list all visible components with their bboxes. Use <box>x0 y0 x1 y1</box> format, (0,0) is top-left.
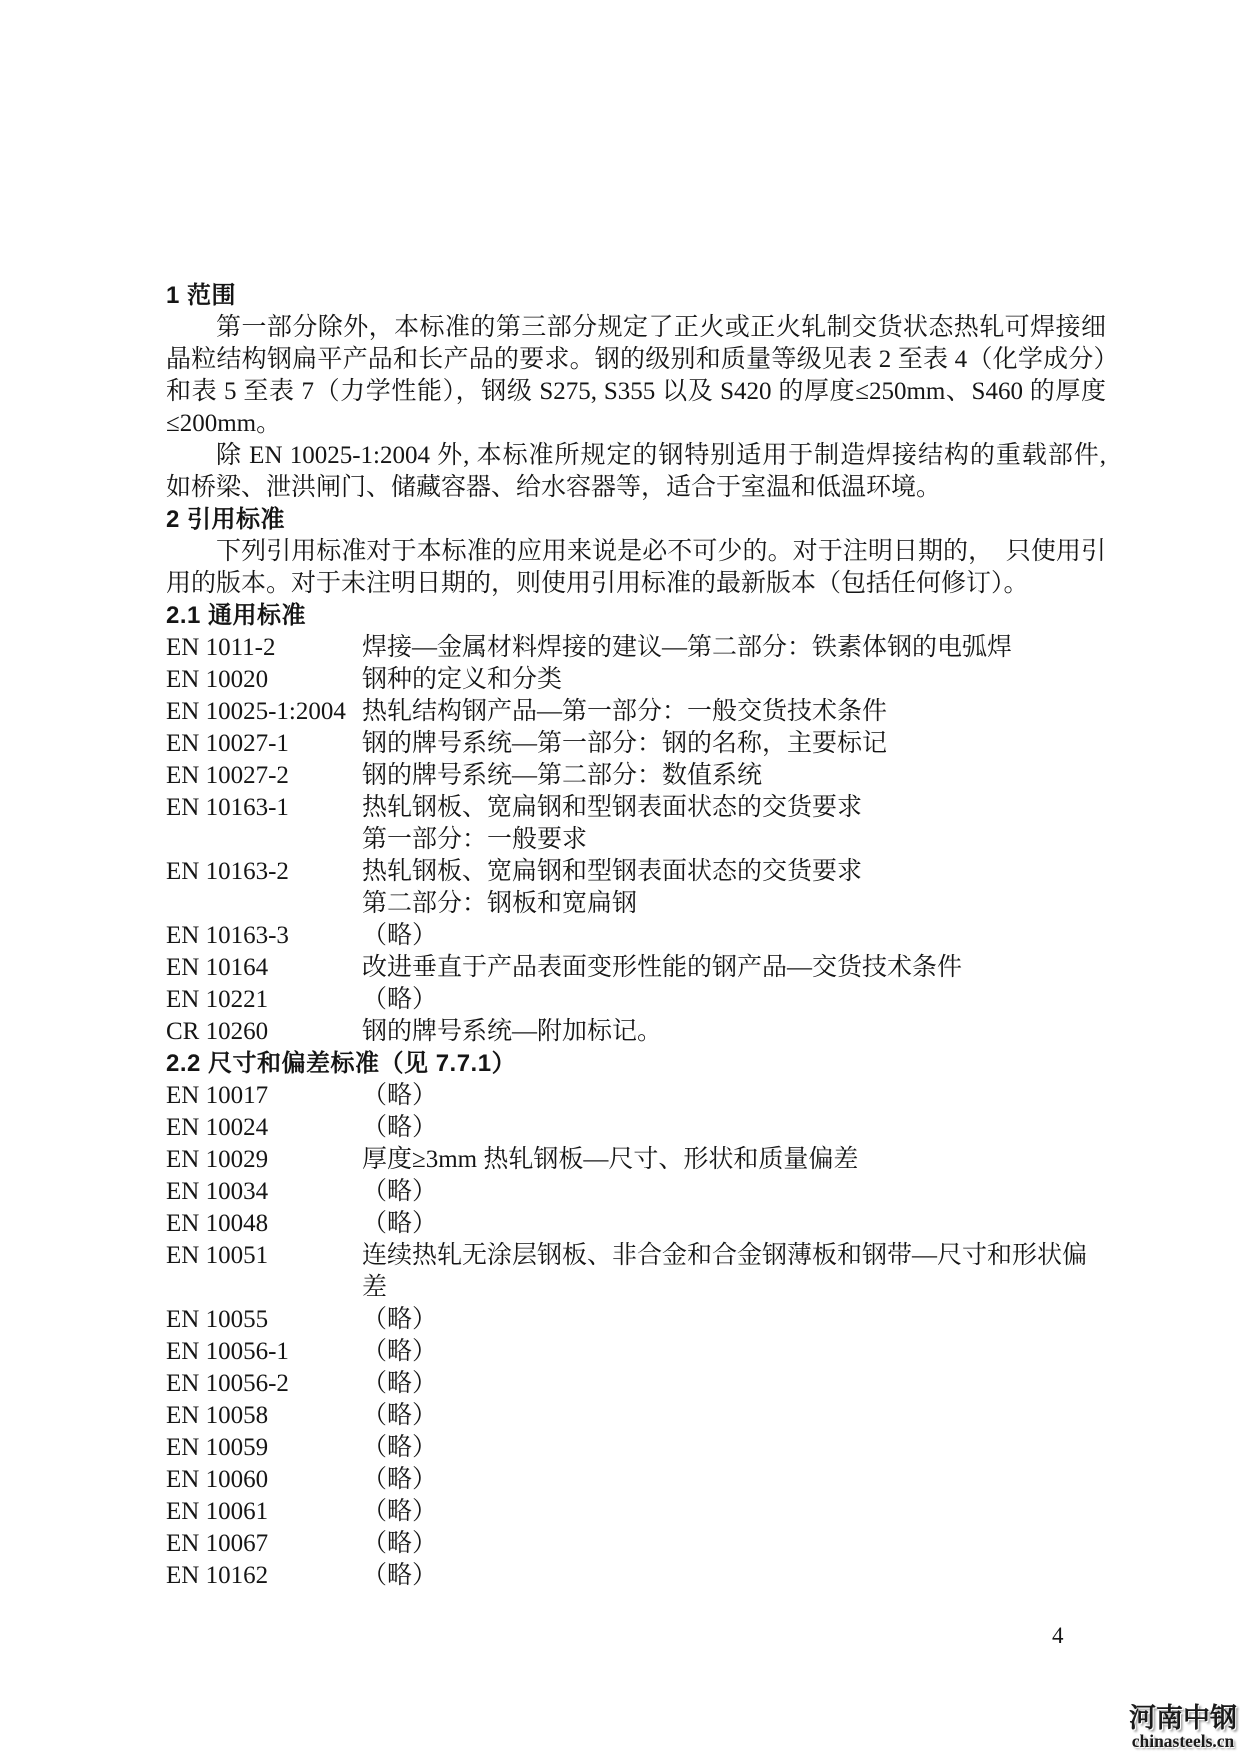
standard-description: 焊接—金属材料焊接的建议—第二部分：铁素体钢的电弧焊 <box>362 632 1106 664</box>
standard-description: 第一部分：一般要求 <box>362 824 1106 856</box>
standard-description: （略） <box>362 1080 1106 1112</box>
section-1-heading: 1 范围 <box>166 280 1106 312</box>
standard-description: （略） <box>362 1496 1106 1528</box>
standard-description: 厚度≥3mm 热轧钢板—尺寸、形状和质量偏差 <box>362 1144 1106 1176</box>
standard-code: EN 10024 <box>166 1112 362 1144</box>
standard-row: EN 10051 连续热轧无涂层钢板、非合金和合金钢薄板和钢带—尺寸和形状偏差 <box>166 1240 1106 1304</box>
scope-paragraph-1: 第一部分除外，本标准的第三部分规定了正火或正火轧制交货状态热轧可焊接细晶粒结构钢… <box>166 312 1106 440</box>
standard-description: （略） <box>362 1464 1106 1496</box>
standard-description: （略） <box>362 1112 1106 1144</box>
standard-description: （略） <box>362 1432 1106 1464</box>
standard-row: EN 10163-1 热轧钢板、宽扁钢和型钢表面状态的交货要求 <box>166 792 1106 824</box>
standard-code: EN 10056-2 <box>166 1368 362 1400</box>
standard-row: EN 1011-2 焊接—金属材料焊接的建议—第二部分：铁素体钢的电弧焊 <box>166 632 1106 664</box>
standard-row: EN 10034 （略） <box>166 1176 1106 1208</box>
standard-code: EN 10055 <box>166 1304 362 1336</box>
section-2-2-heading: 2.2 尺寸和偏差标准（见 7.7.1） <box>166 1048 1106 1080</box>
standard-row: EN 10058 （略） <box>166 1400 1106 1432</box>
standard-code: EN 10058 <box>166 1400 362 1432</box>
section-2-heading: 2 引用标准 <box>166 504 1106 536</box>
standard-row: EN 10017 （略） <box>166 1080 1106 1112</box>
standard-code <box>166 888 362 920</box>
references-paragraph: 下列引用标准对于本标准的应用来说是必不可少的。对于注明日期的， 只使用引用的版本… <box>166 536 1106 600</box>
standard-code: EN 10221 <box>166 984 362 1016</box>
standard-code: EN 10164 <box>166 952 362 984</box>
standard-description: （略） <box>362 1208 1106 1240</box>
standard-row: EN 10027-2 钢的牌号系统—第二部分：数值系统 <box>166 760 1106 792</box>
standard-code: EN 10163-2 <box>166 856 362 888</box>
standard-code: EN 10027-2 <box>166 760 362 792</box>
standard-row: EN 10027-1 钢的牌号系统—第一部分：钢的名称，主要标记 <box>166 728 1106 760</box>
section-2-1-heading: 2.1 通用标准 <box>166 600 1106 632</box>
standard-description: 钢的牌号系统—第一部分：钢的名称，主要标记 <box>362 728 1106 760</box>
standard-row: 第一部分：一般要求 <box>166 824 1106 856</box>
standard-code: EN 10027-1 <box>166 728 362 760</box>
general-standards-list: EN 1011-2 焊接—金属材料焊接的建议—第二部分：铁素体钢的电弧焊 EN … <box>166 632 1106 1048</box>
standard-row: EN 10029 厚度≥3mm 热轧钢板—尺寸、形状和质量偏差 <box>166 1144 1106 1176</box>
standard-code: EN 10034 <box>166 1176 362 1208</box>
standard-description: （略） <box>362 920 1106 952</box>
standard-row: EN 10056-1 （略） <box>166 1336 1106 1368</box>
standard-description: 钢的牌号系统—附加标记。 <box>362 1016 1106 1048</box>
standard-code: EN 10163-1 <box>166 792 362 824</box>
standard-row: EN 10056-2 （略） <box>166 1368 1106 1400</box>
document-page: 1 范围 第一部分除外，本标准的第三部分规定了正火或正火轧制交货状态热轧可焊接细… <box>0 0 1240 1754</box>
standard-description: （略） <box>362 1400 1106 1432</box>
watermark: 河南中钢 chinasteels.cn <box>1129 1705 1237 1751</box>
standard-row: EN 10020 钢种的定义和分类 <box>166 664 1106 696</box>
standard-row: 第二部分：钢板和宽扁钢 <box>166 888 1106 920</box>
standard-row: EN 10162 （略） <box>166 1560 1106 1592</box>
standard-code: EN 10056-1 <box>166 1336 362 1368</box>
standard-description: 第二部分：钢板和宽扁钢 <box>362 888 1106 920</box>
standard-row: EN 10059 （略） <box>166 1432 1106 1464</box>
standard-description: （略） <box>362 1176 1106 1208</box>
watermark-site-text: chinasteels.cn <box>1129 1733 1237 1751</box>
standard-row: EN 10164 改进垂直于产品表面变形性能的钢产品—交货技术条件 <box>166 952 1106 984</box>
standard-code: EN 10067 <box>166 1528 362 1560</box>
dimensional-standards-list: EN 10017 （略） EN 10024 （略） EN 10029 厚度≥3m… <box>166 1080 1106 1592</box>
standard-code: EN 10025-1:2004 <box>166 696 362 728</box>
standard-code: EN 10061 <box>166 1496 362 1528</box>
standard-code: EN 10029 <box>166 1144 362 1176</box>
standard-description: 热轧钢板、宽扁钢和型钢表面状态的交货要求 <box>362 792 1106 824</box>
standard-row: EN 10163-2 热轧钢板、宽扁钢和型钢表面状态的交货要求 <box>166 856 1106 888</box>
standard-row: CR 10260 钢的牌号系统—附加标记。 <box>166 1016 1106 1048</box>
standard-row: EN 10067 （略） <box>166 1528 1106 1560</box>
standard-row: EN 10061 （略） <box>166 1496 1106 1528</box>
standard-description: 连续热轧无涂层钢板、非合金和合金钢薄板和钢带—尺寸和形状偏差 <box>362 1240 1106 1304</box>
standard-row: EN 10060 （略） <box>166 1464 1106 1496</box>
standard-row: EN 10025-1:2004 热轧结构钢产品—第一部分：一般交货技术条件 <box>166 696 1106 728</box>
standard-description: （略） <box>362 1560 1106 1592</box>
standard-row: EN 10024 （略） <box>166 1112 1106 1144</box>
standard-code: EN 10163-3 <box>166 920 362 952</box>
standard-code <box>166 824 362 856</box>
standard-description: 改进垂直于产品表面变形性能的钢产品—交货技术条件 <box>362 952 1106 984</box>
standard-description: 钢种的定义和分类 <box>362 664 1106 696</box>
standard-code: EN 10059 <box>166 1432 362 1464</box>
page-number: 4 <box>1052 1622 1064 1650</box>
standard-code: EN 10060 <box>166 1464 362 1496</box>
standard-description: 钢的牌号系统—第二部分：数值系统 <box>362 760 1106 792</box>
standard-code: EN 10162 <box>166 1560 362 1592</box>
standard-code: EN 10020 <box>166 664 362 696</box>
standard-description: （略） <box>362 1368 1106 1400</box>
standard-description: 热轧钢板、宽扁钢和型钢表面状态的交货要求 <box>362 856 1106 888</box>
standard-code: CR 10260 <box>166 1016 362 1048</box>
standard-code: EN 10017 <box>166 1080 362 1112</box>
standard-row: EN 10048 （略） <box>166 1208 1106 1240</box>
watermark-brand-text: 河南中钢 <box>1129 1705 1237 1732</box>
standard-row: EN 10163-3 （略） <box>166 920 1106 952</box>
standard-row: EN 10055 （略） <box>166 1304 1106 1336</box>
standard-code: EN 10048 <box>166 1208 362 1240</box>
standard-code: EN 1011-2 <box>166 632 362 664</box>
standard-description: （略） <box>362 1336 1106 1368</box>
standard-row: EN 10221 （略） <box>166 984 1106 1016</box>
standard-description: 热轧结构钢产品—第一部分：一般交货技术条件 <box>362 696 1106 728</box>
scope-paragraph-2: 除 EN 10025-1:2004 外, 本标准所规定的钢特别适用于制造焊接结构… <box>166 440 1106 504</box>
page-content: 1 范围 第一部分除外，本标准的第三部分规定了正火或正火轧制交货状态热轧可焊接细… <box>166 280 1106 1592</box>
standard-description: （略） <box>362 1304 1106 1336</box>
standard-description: （略） <box>362 1528 1106 1560</box>
standard-description: （略） <box>362 984 1106 1016</box>
standard-code: EN 10051 <box>166 1240 362 1304</box>
